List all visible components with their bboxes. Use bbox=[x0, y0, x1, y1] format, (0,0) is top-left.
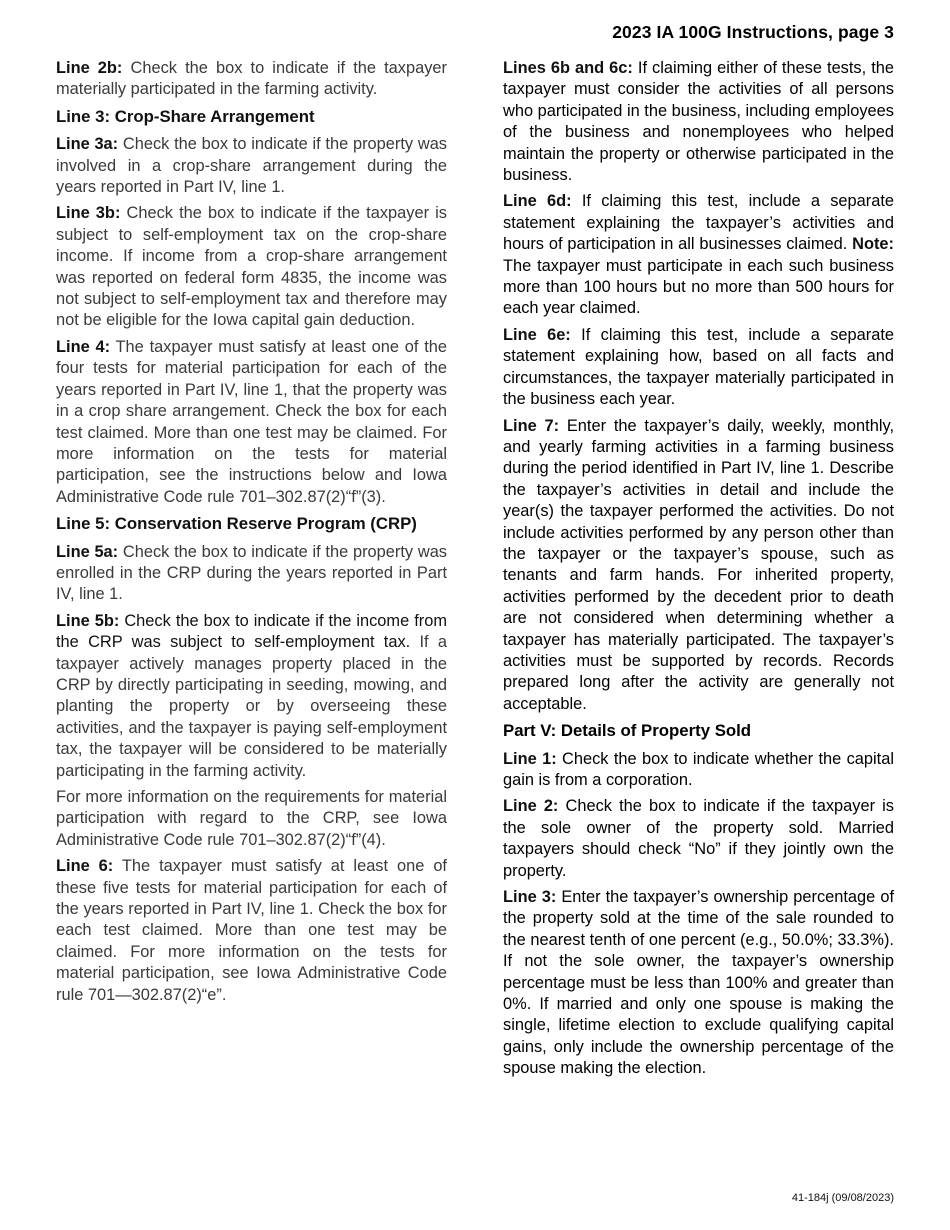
line-label: Line 1: bbox=[503, 750, 557, 768]
line-4-paragraph: Line 4: The taxpayer must satisfy at lea… bbox=[56, 337, 447, 508]
line-5-heading: Line 5: Conservation Reserve Program (CR… bbox=[56, 513, 447, 534]
line-label: Line 2: bbox=[503, 797, 558, 815]
line-5a-paragraph: Line 5a: Check the box to indicate if th… bbox=[56, 542, 447, 606]
line-6d-paragraph: Line 6d: If claiming this test, include … bbox=[503, 191, 894, 319]
line-text: Check the box to indicate whether the ca… bbox=[503, 750, 894, 789]
line-label: Line 6e: bbox=[503, 326, 571, 344]
part-5-heading: Part V: Details of Property Sold bbox=[503, 720, 894, 741]
line-6-paragraph: Line 6: The taxpayer must satisfy at lea… bbox=[56, 856, 447, 1006]
line-label: Line 5a: bbox=[56, 543, 118, 561]
line-6e-paragraph: Line 6e: If claiming this test, include … bbox=[503, 325, 894, 411]
note-label: Note: bbox=[852, 235, 894, 253]
line-7-paragraph: Line 7: Enter the taxpayer’s daily, week… bbox=[503, 416, 894, 716]
line-3-heading: Line 3: Crop-Share Arrangement bbox=[56, 106, 447, 127]
part5-line-2-paragraph: Line 2: Check the box to indicate if the… bbox=[503, 796, 894, 882]
line-3b-paragraph: Line 3b: Check the box to indicate if th… bbox=[56, 203, 447, 331]
line-label: Line 6d: bbox=[503, 192, 572, 210]
line-label: Lines 6b and 6c: bbox=[503, 59, 633, 77]
line-3a-paragraph: Line 3a: Check the box to indicate if th… bbox=[56, 134, 447, 198]
line-text: The taxpayer must satisfy at least one o… bbox=[56, 857, 447, 1003]
line-label: Line 3a: bbox=[56, 135, 118, 153]
line-label: Line 6: bbox=[56, 857, 113, 875]
right-column: Lines 6b and 6c: If claiming either of t… bbox=[503, 58, 894, 1085]
line-text: Check the box to indicate if the taxpaye… bbox=[503, 797, 894, 879]
crp-more-info-paragraph: For more information on the requirements… bbox=[56, 787, 447, 851]
line-label: Line 4: bbox=[56, 338, 110, 356]
line-5b-paragraph: Line 5b: Check the box to indicate if th… bbox=[56, 611, 447, 782]
line-label: Line 5b: bbox=[56, 612, 119, 630]
line-text: If claiming either of these tests, the t… bbox=[503, 59, 894, 184]
line-text: Enter the taxpayer’s daily, weekly, mont… bbox=[503, 417, 894, 713]
line-label: Line 3: bbox=[503, 888, 556, 906]
line-label: Line 3b: bbox=[56, 204, 120, 222]
line-2b-paragraph: Line 2b: Check the box to indicate if th… bbox=[56, 58, 447, 101]
page-header-title: 2023 IA 100G Instructions, page 3 bbox=[612, 22, 894, 43]
line-text: Enter the taxpayer’s ownership percentag… bbox=[503, 888, 894, 1077]
note-text: The taxpayer must participate in each su… bbox=[503, 257, 894, 318]
line-text: The taxpayer must satisfy at least one o… bbox=[56, 338, 447, 506]
part5-line-3-paragraph: Line 3: Enter the taxpayer’s ownership p… bbox=[503, 887, 894, 1080]
lines-6b-6c-paragraph: Lines 6b and 6c: If claiming either of t… bbox=[503, 58, 894, 186]
part5-line-1-paragraph: Line 1: Check the box to indicate whethe… bbox=[503, 749, 894, 792]
line-label: Line 7: bbox=[503, 417, 559, 435]
form-id-footer: 41-184j (09/08/2023) bbox=[792, 1192, 894, 1204]
line-text: Check the box to indicate if the taxpaye… bbox=[56, 204, 447, 329]
left-column: Line 2b: Check the box to indicate if th… bbox=[56, 58, 447, 1011]
line-text: If a taxpayer actively manages property … bbox=[56, 633, 447, 779]
line-label: Line 2b: bbox=[56, 59, 122, 77]
